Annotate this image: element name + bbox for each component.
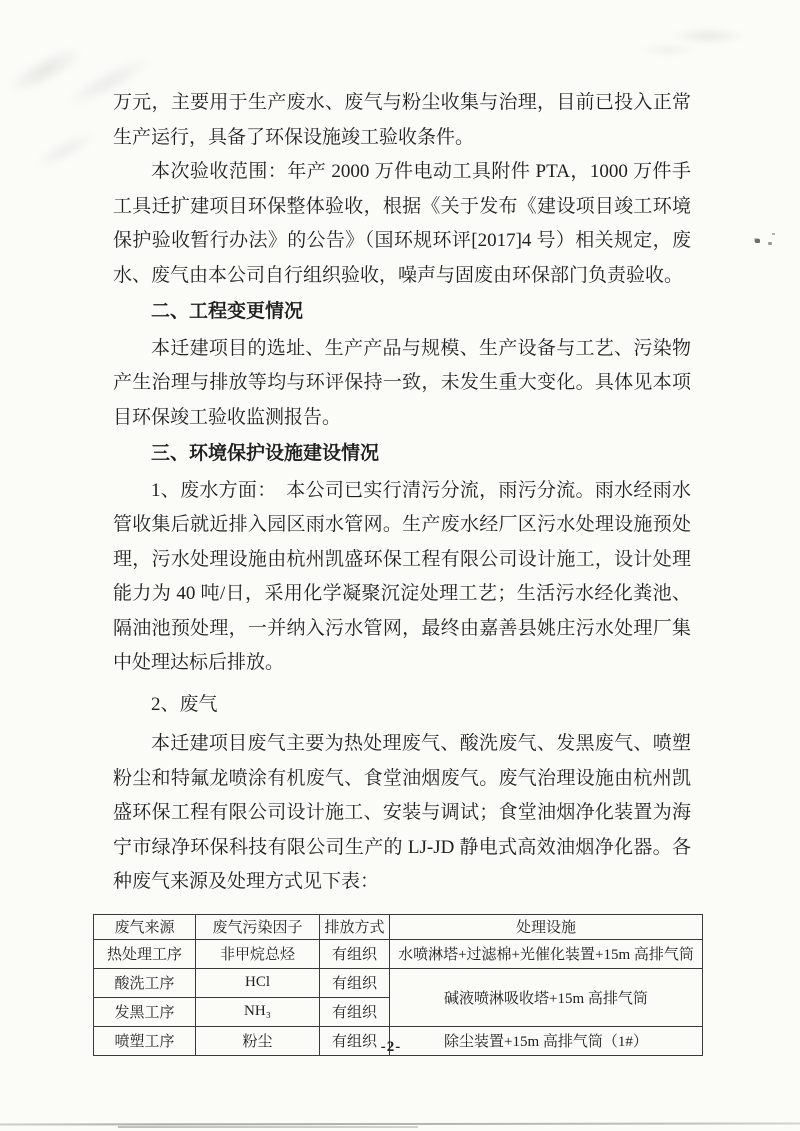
col-header-pollutant-factor: 废气污染因子 (196, 914, 320, 939)
page-number: -2- (0, 1039, 782, 1056)
cell-source: 发黑工序 (94, 997, 196, 1026)
cell-source: 热处理工序 (94, 939, 196, 968)
cell-pollutant: 非甲烷总烃 (196, 939, 320, 968)
cell-pollutant: HCl (196, 968, 320, 997)
cell-pollutant: NH₃ (196, 997, 320, 1026)
document-page-body: 万元，主要用于生产废水、废气与粉尘收集与治理，目前已投入正常生产运行，具备了环保… (113, 86, 691, 1056)
scan-speck (772, 233, 775, 235)
heading-section-3-env-facilities: 三、环境保护设施建设情况 (113, 437, 691, 472)
heading-section-2-project-changes: 二、工程变更情况 (113, 295, 691, 330)
paragraph-acceptance-scope: 本次验收范围：年产 2000 万件电动工具附件 PTA，1000 万件手工具迁扩… (113, 155, 691, 293)
subheading-waste-gas: 2、废气 (113, 688, 691, 723)
paragraph-continuation: 万元，主要用于生产废水、废气与粉尘收集与治理，目前已投入正常生产运行，具备了环保… (113, 86, 691, 155)
table-row: 热处理工序 非甲烷总烃 有组织 水喷淋塔+过滤棉+光催化装置+15m 高排气筒 (94, 939, 703, 968)
scan-bottom-edge-line-secondary (118, 1126, 418, 1128)
cell-source: 酸洗工序 (94, 968, 196, 997)
col-header-treatment-facility: 处理设施 (390, 914, 703, 939)
cell-treatment-merged: 碱液喷淋吸收塔+15m 高排气筒 (390, 968, 703, 1026)
paragraph-project-changes: 本迁建项目的选址、生产产品与规模、生产设备与工艺、污染物产生治理与排放等均与环评… (113, 332, 691, 436)
col-header-gas-source: 废气来源 (94, 914, 196, 939)
waste-gas-treatment-table: 废气来源 废气污染因子 排放方式 处理设施 热处理工序 非甲烷总烃 有组织 水喷… (93, 914, 703, 1056)
scan-smudge-top-right (628, 16, 778, 64)
cell-mode: 有组织 (320, 939, 390, 968)
cell-treatment: 水喷淋塔+过滤棉+光催化装置+15m 高排气筒 (390, 939, 703, 968)
cell-mode: 有组织 (320, 968, 390, 997)
paragraph-waste-gas: 本迁建项目废气主要为热处理废气、酸洗废气、发黑废气、喷塑粉尘和特氟龙喷涂有机废气… (113, 727, 691, 900)
scan-speck (768, 242, 772, 245)
col-header-emission-mode: 排放方式 (320, 914, 390, 939)
cell-mode: 有组织 (320, 997, 390, 1026)
table-header-row: 废气来源 废气污染因子 排放方式 处理设施 (94, 914, 703, 939)
scan-speck (755, 239, 760, 243)
table-row: 酸洗工序 HCl 有组织 碱液喷淋吸收塔+15m 高排气筒 (94, 968, 703, 997)
paragraph-wastewater: 1、废水方面： 本公司已实行清污分流，雨污分流。雨水经雨水管收集后就近排入园区雨… (113, 474, 691, 681)
